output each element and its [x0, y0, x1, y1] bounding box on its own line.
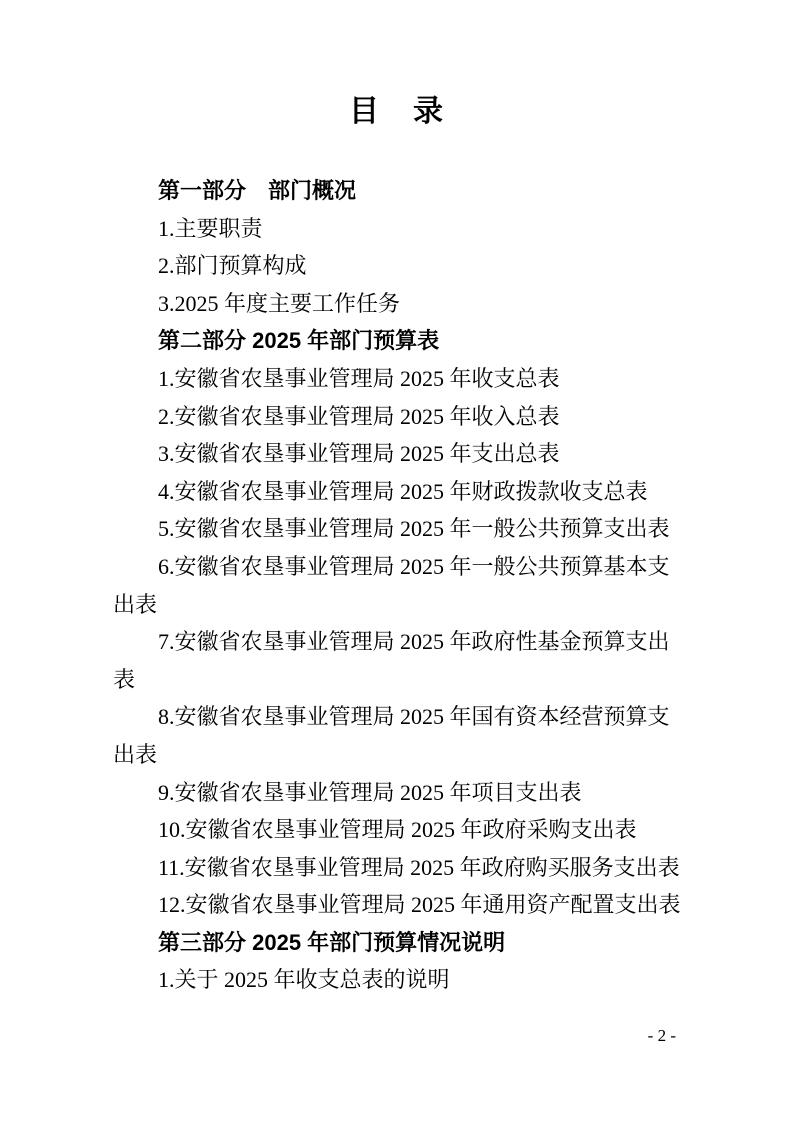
toc-item: 9.安徽省农垦事业管理局 2025 年项目支出表 — [113, 774, 683, 812]
toc-section-heading: 第二部分 2025 年部门预算表 — [113, 322, 683, 360]
toc-item: 3.安徽省农垦事业管理局 2025 年支出总表 — [113, 435, 683, 473]
toc-item: 8.安徽省农垦事业管理局 2025 年国有资本经营预算支出表 — [113, 698, 683, 773]
toc-item: 6.安徽省农垦事业管理局 2025 年一般公共预算基本支出表 — [113, 548, 683, 623]
toc-item: 4.安徽省农垦事业管理局 2025 年财政拨款收支总表 — [113, 473, 683, 511]
toc-item: 5.安徽省农垦事业管理局 2025 年一般公共预算支出表 — [113, 510, 683, 548]
toc-item: 1.关于 2025 年收支总表的说明 — [113, 961, 683, 999]
toc-item: 12.安徽省农垦事业管理局 2025 年通用资产配置支出表 — [113, 886, 683, 924]
toc-item: 1.安徽省农垦事业管理局 2025 年收支总表 — [113, 360, 683, 398]
toc-item: 3.2025 年度主要工作任务 — [113, 285, 683, 323]
toc: 第一部分 部门概况1.主要职责2.部门预算构成3.2025 年度主要工作任务第二… — [113, 172, 683, 999]
page-title: 目 录 — [0, 0, 794, 132]
page-number: - 2 - — [648, 1026, 676, 1046]
toc-item: 11.安徽省农垦事业管理局 2025 年政府购买服务支出表 — [113, 849, 683, 887]
document-page: 目 录 第一部分 部门概况1.主要职责2.部门预算构成3.2025 年度主要工作… — [0, 0, 794, 1123]
toc-item: 7.安徽省农垦事业管理局 2025 年政府性基金预算支出表 — [113, 623, 683, 698]
toc-item: 10.安徽省农垦事业管理局 2025 年政府采购支出表 — [113, 811, 683, 849]
toc-section-heading: 第三部分 2025 年部门预算情况说明 — [113, 924, 683, 962]
toc-item: 2.部门预算构成 — [113, 247, 683, 285]
toc-item: 2.安徽省农垦事业管理局 2025 年收入总表 — [113, 398, 683, 436]
toc-item: 1.主要职责 — [113, 210, 683, 248]
toc-section-heading: 第一部分 部门概况 — [113, 172, 683, 210]
